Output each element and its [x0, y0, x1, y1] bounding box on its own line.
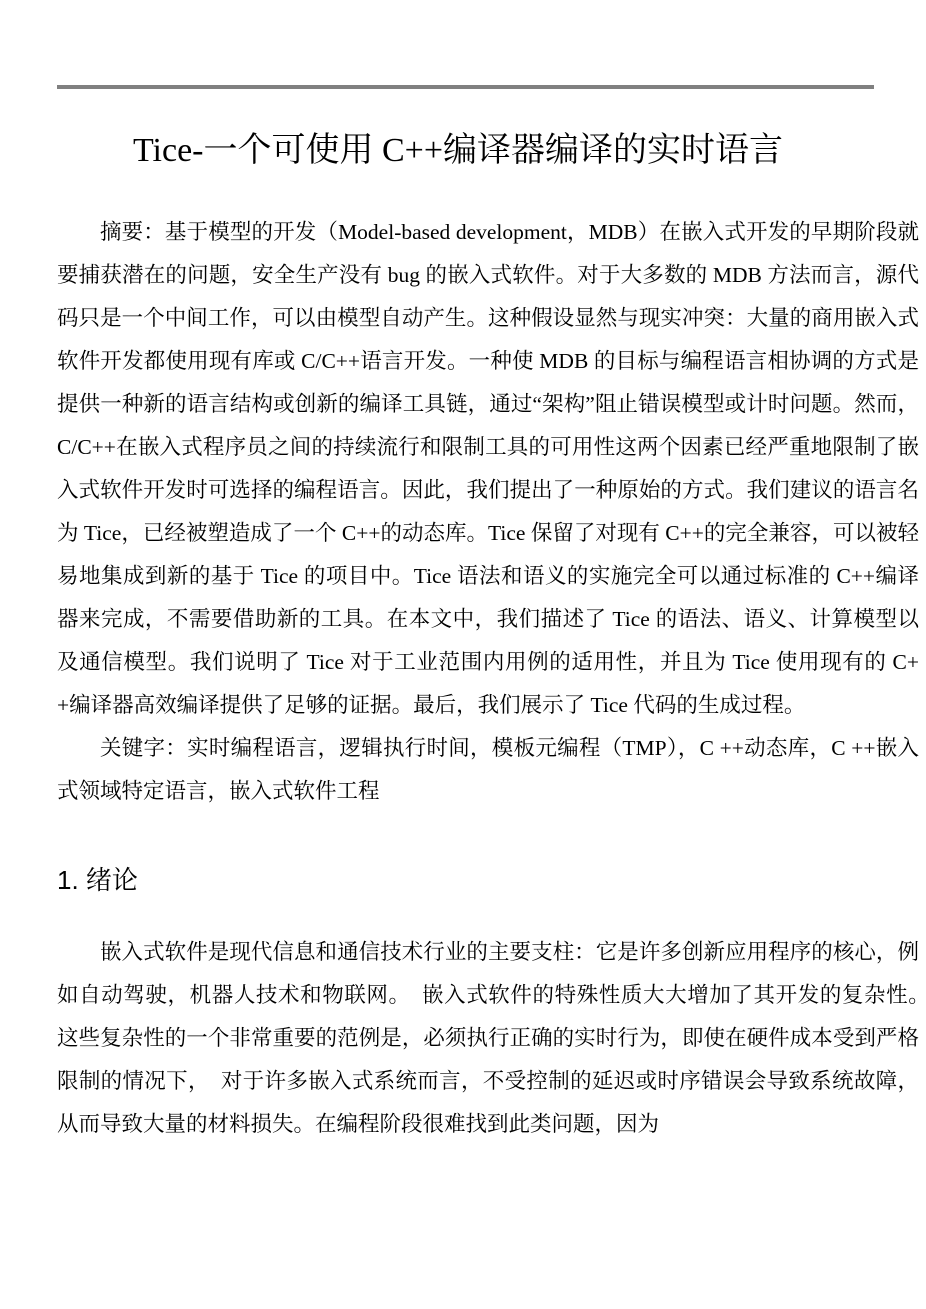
header-divider-line	[57, 85, 874, 89]
introduction-paragraph: 嵌入式软件是现代信息和通信技术行业的主要支柱：它是许多创新应用程序的核心，例如自…	[57, 931, 919, 1146]
keywords-paragraph: 关键字：实时编程语言，逻辑执行时间，模板元编程（TMP），C ++动态库，C +…	[57, 727, 919, 813]
section-heading-introduction: 1. 绪论	[57, 861, 919, 899]
document-title: Tice-一个可使用 C++编译器编译的实时语言	[57, 125, 859, 177]
document-page: Tice-一个可使用 C++编译器编译的实时语言 摘要：基于模型的开发（Mode…	[0, 0, 926, 1309]
abstract-paragraph: 摘要：基于模型的开发（Model-based development，MDB）在…	[57, 211, 919, 727]
